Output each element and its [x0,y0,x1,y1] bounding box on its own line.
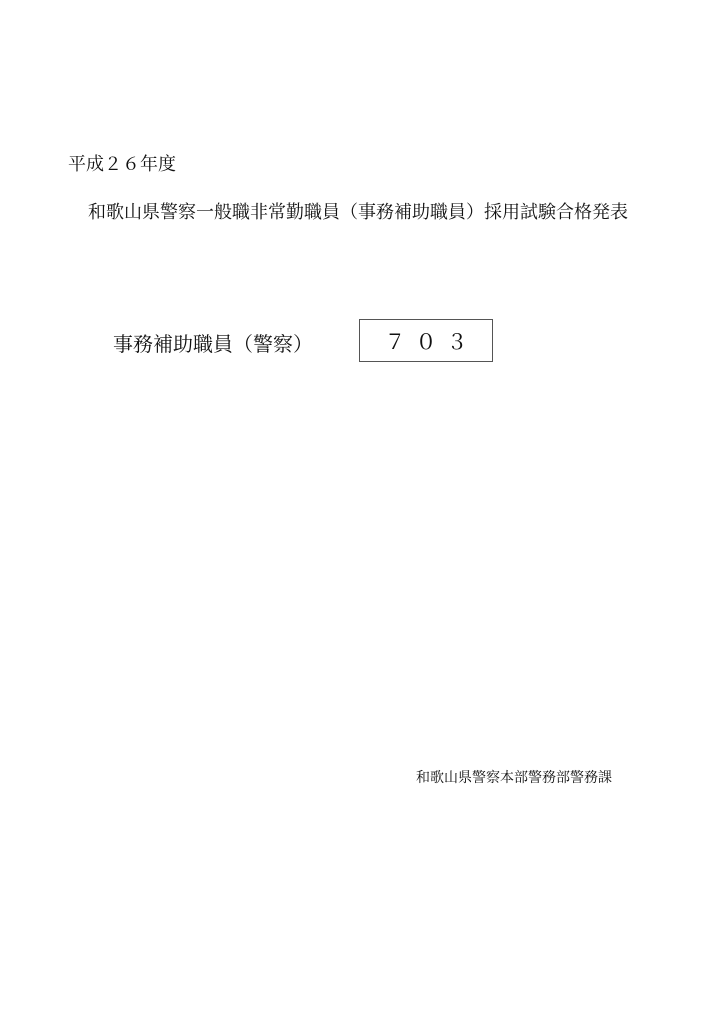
issuer: 和歌山県警察本部警務部警務課 [416,767,612,787]
passed-number-box: ７０３ [359,319,493,362]
category-label: 事務補助職員（警察） [113,328,313,357]
passed-number: ７０３ [385,326,478,356]
fiscal-year: 平成２６年度 [68,150,176,176]
document-title: 和歌山県警察一般職非常勤職員（事務補助職員）採用試験合格発表 [88,198,628,224]
